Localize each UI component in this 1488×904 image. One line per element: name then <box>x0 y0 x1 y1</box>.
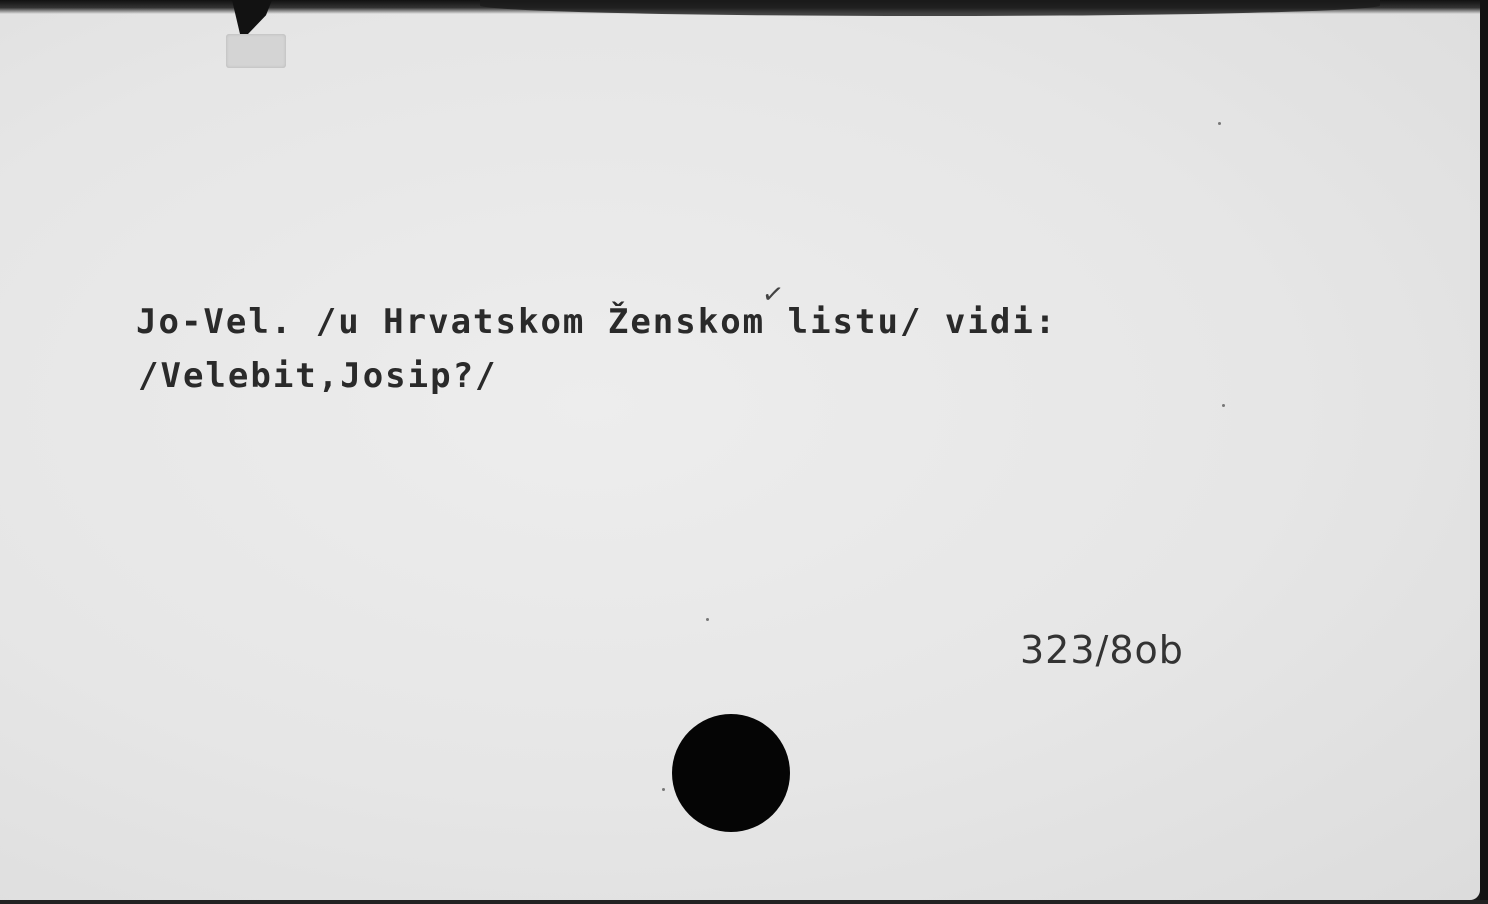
entry-line-1: Jo-Vel. /u Hrvatskom Ženskom listu/ vidi… <box>136 302 1057 342</box>
call-number: 323/8ob <box>1020 628 1184 672</box>
card-right-edge <box>1480 0 1488 904</box>
speck <box>1222 404 1225 407</box>
index-card: ✓ Jo-Vel. /u Hrvatskom Ženskom listu/ vi… <box>0 0 1480 900</box>
card-notch <box>232 0 272 34</box>
card-tab <box>226 34 286 68</box>
speck <box>706 618 709 621</box>
speck <box>662 788 665 791</box>
speck <box>1218 122 1221 125</box>
entry-line-2: /Velebit,Josip?/ <box>138 356 498 396</box>
punch-hole <box>672 714 790 832</box>
card-bottom-edge <box>0 900 1488 904</box>
